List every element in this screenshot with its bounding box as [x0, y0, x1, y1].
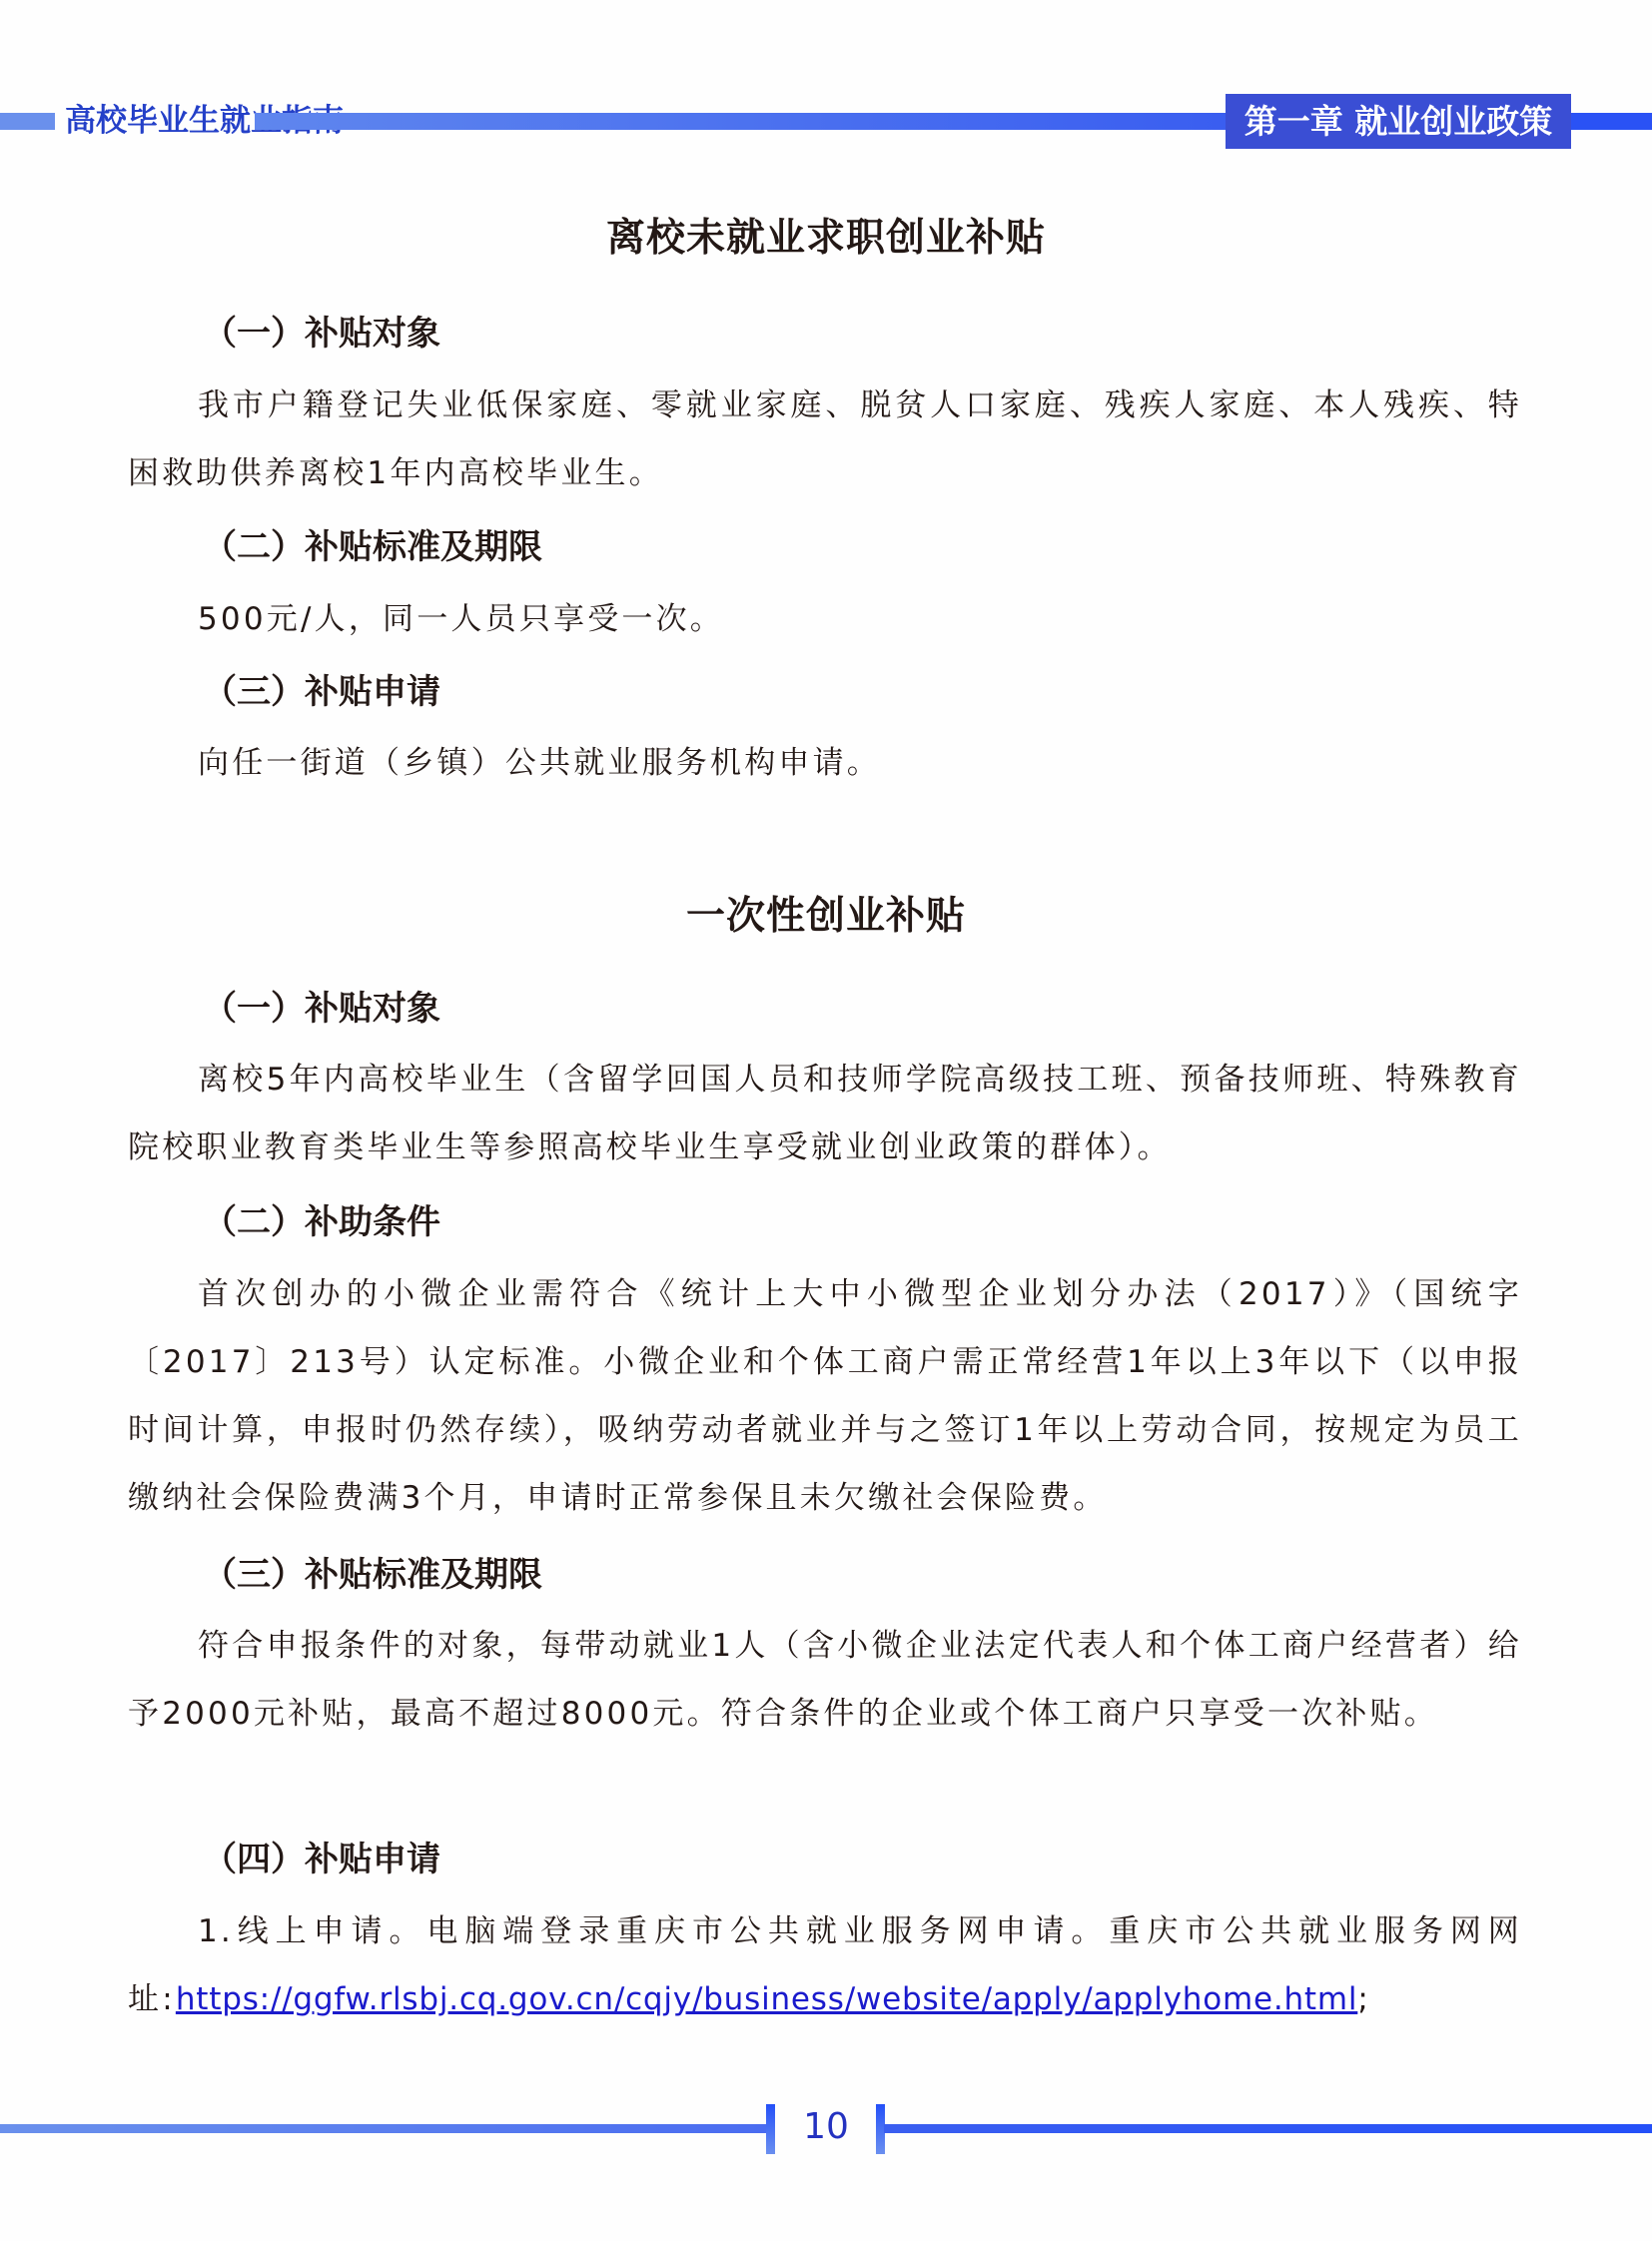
- section-title-job-seeking-subsidy: 离校未就业求职创业补贴: [0, 207, 1652, 263]
- page-number: 10: [771, 2105, 881, 2149]
- application-url-link[interactable]: https://ggfw.rlsbj.cq.gov.cn/cqjy/busine…: [176, 1981, 1357, 2017]
- paragraph: 首次创办的小微企业需符合《统计上大中小微型企业划分办法（2017）》（国统字〔2…: [128, 1260, 1522, 1532]
- paragraph: 我市户籍登记失业低保家庭、零就业家庭、脱贫人口家庭、残疾人家庭、本人残疾、特困救…: [128, 372, 1522, 507]
- header-rule: [255, 113, 1226, 130]
- paragraph: 向任一街道（乡镇）公共就业服务机构申请。: [128, 729, 1522, 797]
- subheading: （三）补贴申请: [203, 664, 440, 713]
- subheading: （二）补助条件: [203, 1194, 440, 1243]
- section-title-one-time-startup-subsidy: 一次性创业补贴: [0, 885, 1652, 941]
- paragraph-text-end: ;: [1357, 1981, 1371, 2017]
- footer-rule-left: [0, 2124, 769, 2133]
- chapter-label: 第一章 就业创业政策: [1226, 94, 1571, 149]
- footer-rule-right: [884, 2124, 1652, 2133]
- paragraph: 500元/人，同一人员只享受一次。: [128, 585, 1522, 653]
- paragraph: 离校5年内高校毕业生（含留学回国人员和技师学院高级技工班、预备技师班、特殊教育院…: [128, 1046, 1522, 1181]
- subheading: （一）补贴对象: [203, 981, 440, 1030]
- subheading: （一）补贴对象: [203, 306, 440, 355]
- subheading: （三）补贴标准及期限: [203, 1547, 542, 1596]
- paragraph-online-application: 1.线上申请。电脑端登录重庆市公共就业服务网申请。重庆市公共就业服务网网址:ht…: [128, 1897, 1522, 2033]
- paragraph: 符合申报条件的对象，每带动就业1人（含小微企业法定代表人和个体工商户经营者）给予…: [128, 1612, 1522, 1748]
- header-rule-right: [1571, 113, 1652, 130]
- subheading: （四）补贴申请: [203, 1832, 440, 1880]
- header-rule-left: [0, 113, 55, 130]
- subheading: （二）补贴标准及期限: [203, 519, 542, 568]
